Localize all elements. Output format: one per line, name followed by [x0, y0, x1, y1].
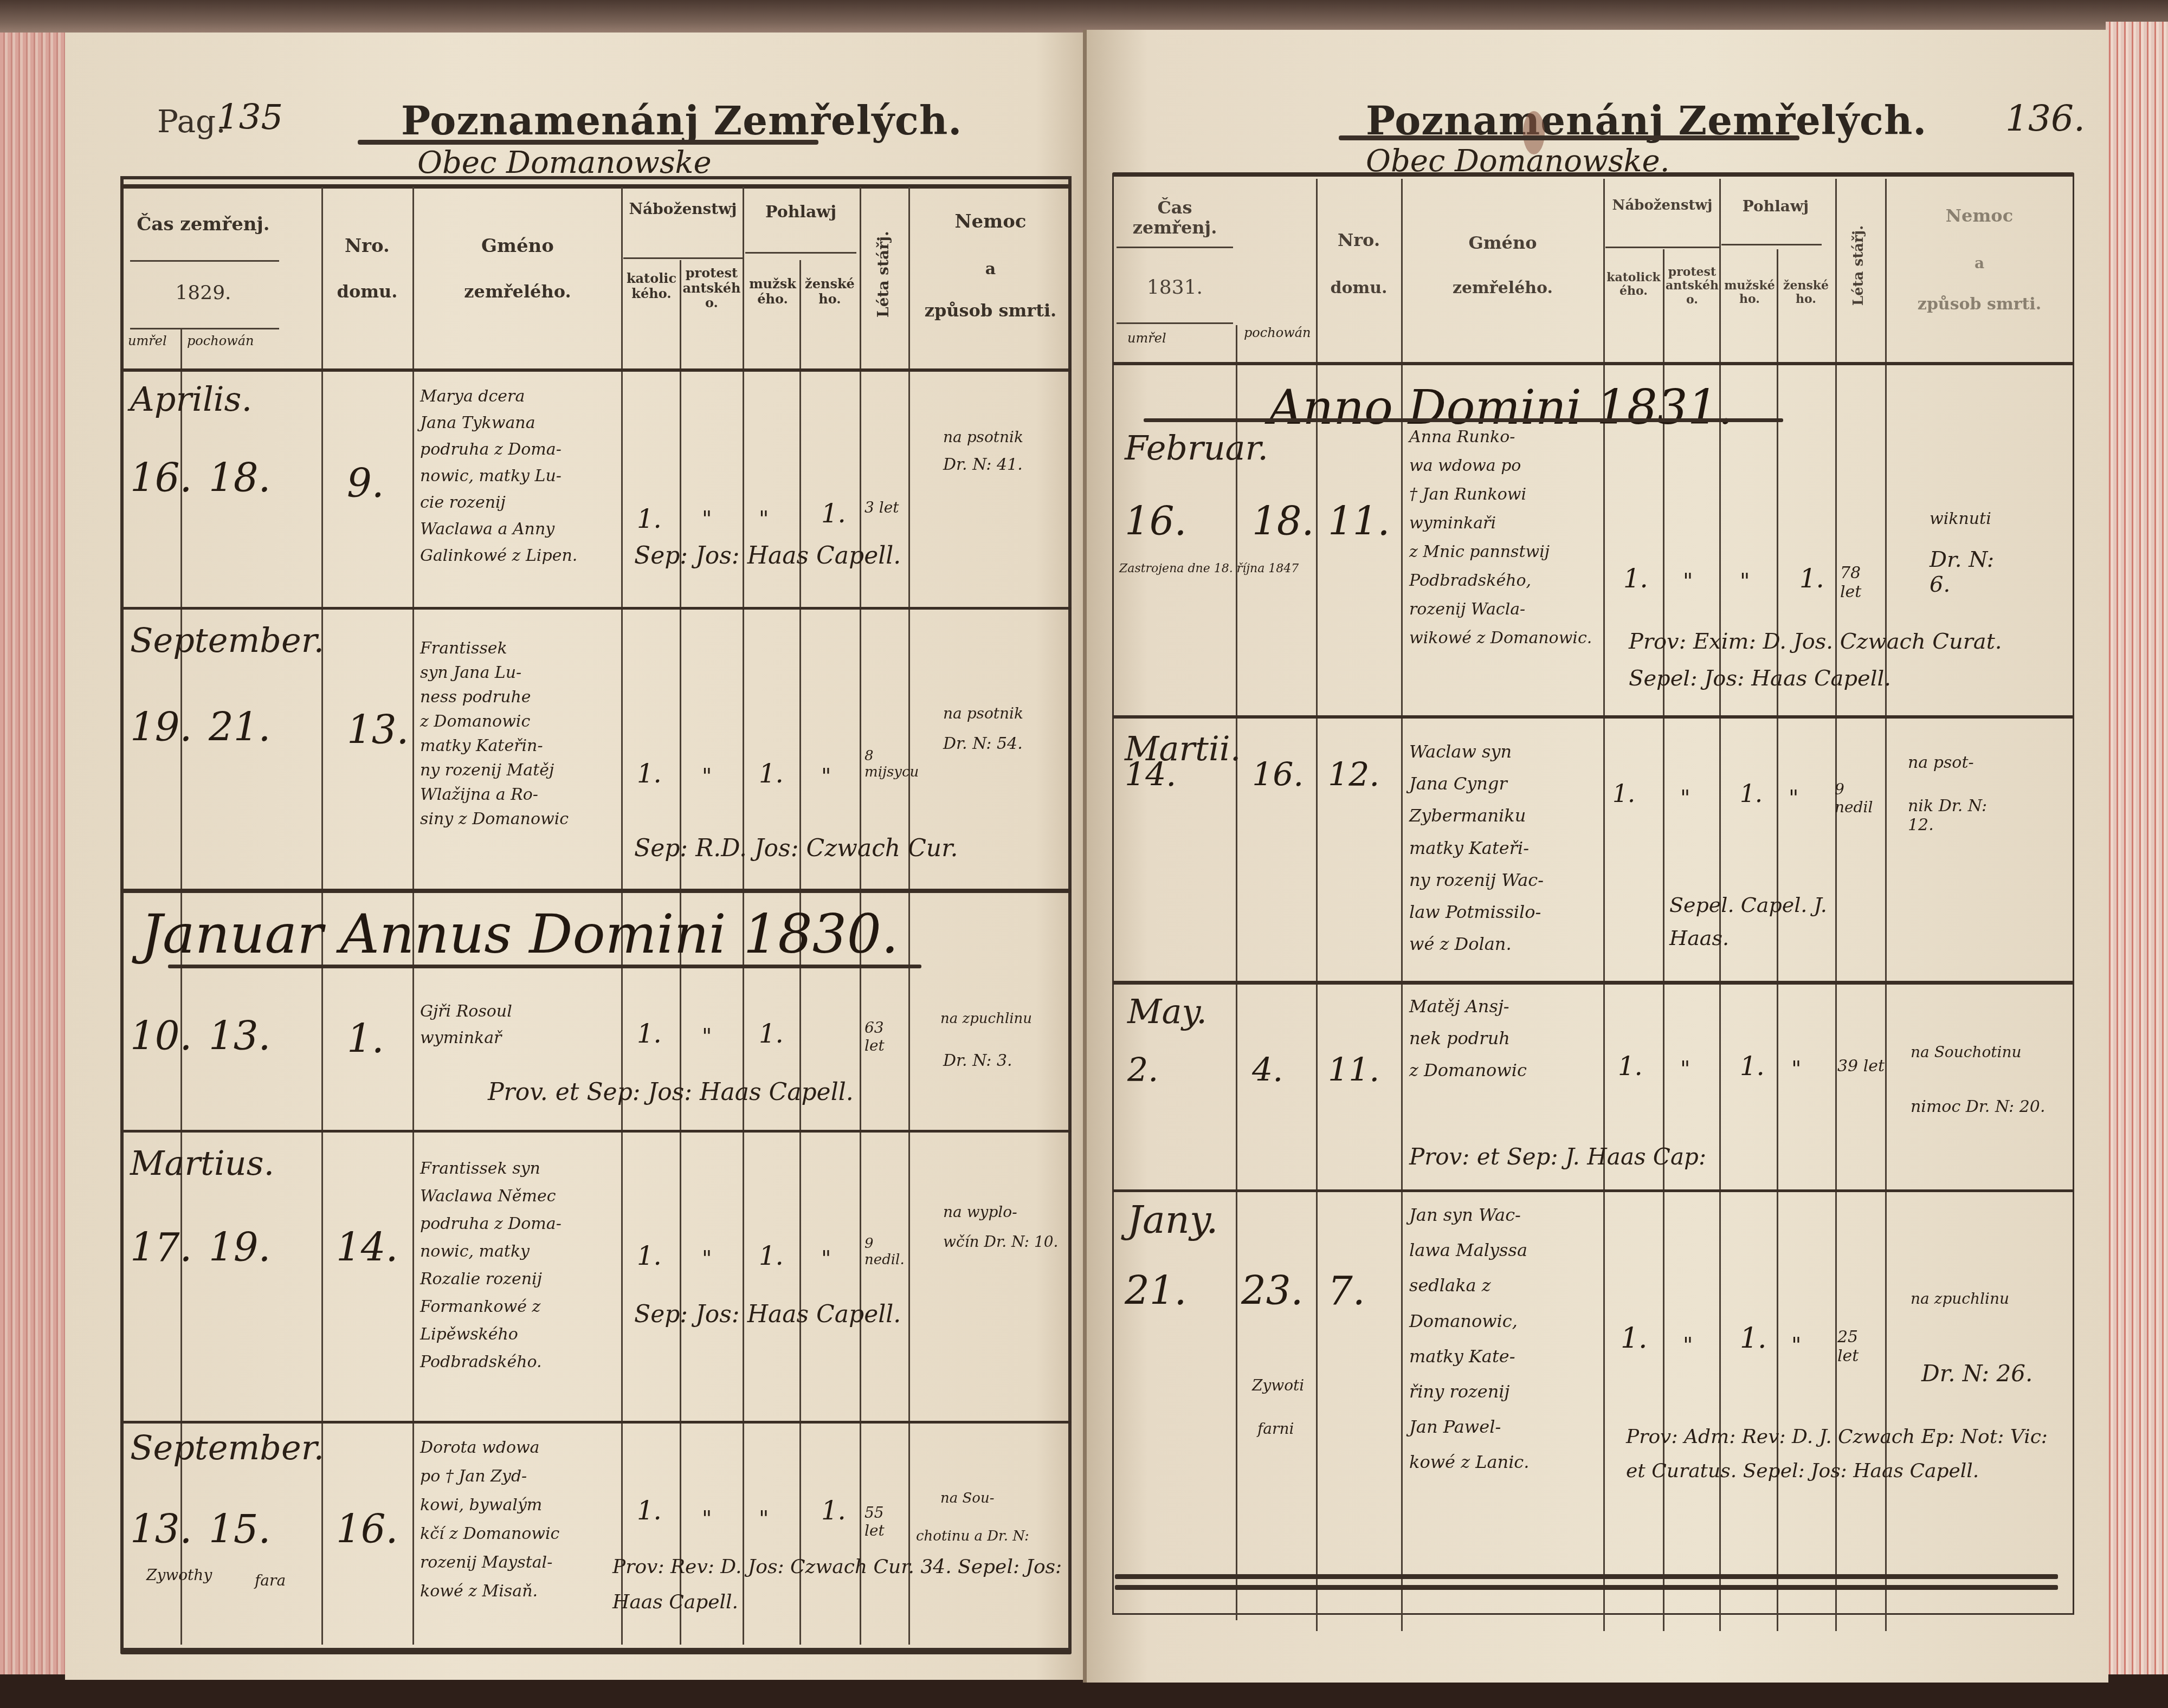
entry-catholic: 1.: [637, 1241, 662, 1271]
entry-death-day: 21.: [1125, 1268, 1187, 1314]
header-religion: Náboženstwj: [1605, 198, 1719, 214]
header-bottom-rule: [1112, 362, 2074, 365]
entry-burial-day: 21.: [209, 704, 271, 750]
entry-disease: na psotnik: [943, 428, 1023, 446]
entry-death-day: 13.: [130, 1506, 192, 1552]
entry-age: 39 let: [1837, 1057, 1886, 1076]
entry-death-note: Zywoti: [1252, 1376, 1304, 1394]
header-died: umřel: [1127, 331, 1166, 346]
entry-month: Martius.: [130, 1143, 274, 1183]
entry-burial-day: 15.: [209, 1506, 271, 1552]
header-name-deceased: zemřelého.: [417, 282, 618, 302]
header-rule: [1117, 322, 1233, 324]
entry-death-day: 17.: [130, 1225, 192, 1270]
entry-death-day: 19.: [130, 704, 192, 750]
page-edges-right: [2106, 22, 2168, 1707]
entry-female: ": [821, 1246, 831, 1271]
entry-burial-day: 18.: [1252, 499, 1314, 544]
col-divider: [1885, 179, 1887, 1631]
title-rule: [358, 140, 818, 145]
entry-burial-note: fara: [255, 1571, 286, 1589]
entry-female: ": [1789, 786, 1798, 811]
header-protestant: protestantského.: [1665, 266, 1719, 307]
entry-catholic: 1.: [1612, 780, 1635, 808]
row-divider: [1112, 715, 2074, 719]
entry-death-day: 14.: [1125, 756, 1176, 794]
entry-age: 9 nedil.: [864, 1235, 908, 1268]
entry-house-number: 14.: [336, 1225, 398, 1270]
entry-disease-ref: Dr. N: 6.: [1930, 547, 2000, 597]
header-died: umřel: [128, 333, 167, 348]
page-label: Pag.: [157, 103, 226, 140]
entry-month: May.: [1127, 992, 1207, 1031]
entry-male: ": [759, 1506, 769, 1531]
entry-month: Februar.: [1125, 428, 1268, 468]
entry-disease: na zpuchlinu: [940, 1011, 1032, 1027]
entry-signature: Prov: Adm: Rev: D. J. Czwach Ep: Not: Vi…: [1626, 1420, 2070, 1488]
entry-male: 1.: [1740, 1051, 1765, 1082]
entry-disease: na Souchotinu: [1911, 1043, 2068, 1061]
entry-male: ": [1740, 569, 1750, 594]
entry-name: Jan syn Wac-lawa Malyssasedlaka zDomanow…: [1409, 1206, 1602, 1472]
entry-age: 78 let: [1840, 564, 1883, 601]
entry-death-note: Zywothy: [146, 1566, 212, 1584]
entry-death-day: 2.: [1127, 1051, 1158, 1089]
header-sex: Pohlawj: [1721, 198, 1830, 215]
entry-disease-ref: nik Dr. N: 12.: [1908, 797, 2016, 834]
entry-disease: na wyplo-: [943, 1203, 1017, 1221]
entry-month: Aprilis.: [130, 379, 252, 419]
entry-male: 1.: [1740, 780, 1763, 808]
entry-protestant: ": [702, 507, 712, 532]
entry-catholic: 1.: [637, 504, 662, 534]
entry-month: September.: [130, 620, 324, 660]
entry-female: 1.: [821, 499, 846, 529]
entry-female: ": [1791, 1333, 1801, 1358]
header-bottom-rule: [120, 368, 1072, 372]
entry-death-day: 16.: [1125, 499, 1187, 544]
header-male: mužského.: [747, 276, 798, 306]
header-female: ženského.: [1779, 279, 1833, 307]
entry-female: 1.: [821, 1496, 846, 1526]
header-catholic: katolického.: [1605, 271, 1662, 299]
header-religion: Náboženstwj: [623, 200, 743, 218]
header-house-label: domu.: [1318, 279, 1399, 298]
entry-protestant: ": [1683, 569, 1693, 594]
entry-age: 55 let: [864, 1504, 908, 1539]
entry-disease: na Sou-: [940, 1490, 995, 1506]
header-rule: [1117, 247, 1233, 248]
entry-house-number: 16.: [336, 1506, 398, 1552]
entry-signature: Prov: Rev: D. Jos: Czwach Cur. 34. Sepel…: [612, 1550, 1068, 1620]
entry-death-day: 10.: [130, 1013, 192, 1059]
entry-month: Jany.: [1127, 1198, 1218, 1242]
entry-female: ": [1791, 1057, 1801, 1082]
header-age: Léta stářj.: [1851, 219, 1867, 312]
page-title-left: Poznamenánj Zemřelých.: [401, 98, 962, 144]
entry-protestant: ": [702, 764, 712, 789]
entry-male: 1.: [759, 759, 784, 789]
header-rule: [130, 328, 279, 329]
entry-protestant: ": [702, 1246, 712, 1271]
entry-name: Frantissek synWaclawa Němecpodruha z Dom…: [420, 1160, 618, 1371]
entry-disease: na zpuchlinu: [1911, 1290, 2068, 1308]
entry-house-number: 7.: [1328, 1268, 1365, 1314]
entry-catholic: 1.: [1621, 1322, 1648, 1355]
entry-house-number: 11.: [1328, 499, 1390, 544]
entry-month: September.: [130, 1428, 324, 1467]
entry-male: 1.: [759, 1241, 784, 1271]
row-divider: [1112, 1189, 2074, 1192]
header-manner-of-death: způsob smrti.: [911, 301, 1070, 321]
entry-signature: Prov. et Sep: Jos: Haas Capell.: [488, 1078, 854, 1106]
entry-name: Marya dceraJana Tykwanapodruha z Doma-no…: [420, 387, 618, 565]
entry-catholic: 1.: [637, 759, 662, 789]
entry-house-number: 12.: [1328, 756, 1379, 794]
header-protestant: protestantského.: [682, 266, 741, 310]
entry-age: 25 let: [1837, 1328, 1881, 1366]
entry-disease-ref: nimoc Dr. N: 20.: [1911, 1089, 2068, 1125]
entry-name: Dorota wdowapo † Jan Zyd-kowi, bywalýmkč…: [420, 1439, 618, 1600]
entry-house-number: 13.: [347, 707, 409, 753]
title-rule: [1339, 135, 1799, 140]
closing-rule: [1115, 1585, 2058, 1590]
header-male: mužského.: [1724, 279, 1776, 307]
row-divider: [120, 607, 1072, 610]
header-age: Léta stářj.: [875, 225, 892, 323]
entry-catholic: 1.: [1623, 564, 1648, 594]
entry-house-number: 1.: [347, 1016, 384, 1062]
entry-protestant: ": [1680, 1057, 1690, 1082]
entry-name: Gjři Rosoulwyminkař: [420, 1002, 618, 1047]
entry-protestant: ": [1683, 1333, 1693, 1358]
header-house-no: Nro.: [325, 236, 409, 257]
header-catholic: katolického.: [623, 271, 680, 301]
header-name-deceased: zemřelého.: [1404, 279, 1602, 298]
entry-disease-ref: chotinu a Dr. N:: [916, 1528, 1029, 1544]
page-edges-left: [0, 33, 66, 1680]
entry-burial-day: 18.: [209, 455, 271, 501]
col-divider: [1835, 179, 1837, 1631]
entry-catholic: 1.: [637, 1496, 662, 1526]
entry-signature: Sep: Jos: Haas Capell.: [634, 542, 901, 570]
row-divider: [120, 1130, 1072, 1133]
closing-rule: [1115, 1574, 2058, 1579]
col-divider: [908, 187, 910, 1645]
table-bottom-rule: [120, 1650, 1072, 1654]
entry-disease: wiknuti: [1930, 509, 1991, 528]
table-top-rule: [1112, 172, 2074, 177]
entry-catholic: 1.: [637, 1019, 662, 1049]
header-sex: Pohlawj: [745, 203, 856, 222]
entry-burial-day: 19.: [209, 1225, 271, 1270]
entry-name: Waclaw synJana CyngrZybermanikumatky Kat…: [1409, 742, 1602, 954]
entry-burial-day: 16.: [1252, 756, 1304, 794]
header-and: a: [1887, 255, 2072, 272]
entry-age: 3 let: [864, 499, 908, 516]
entry-disease-ref: wčín Dr. N: 10.: [943, 1233, 1068, 1251]
page-number-left: 135: [217, 98, 283, 138]
header-year: 1829.: [130, 282, 276, 304]
entry-burial-day: 23.: [1241, 1268, 1304, 1314]
row-divider: [120, 889, 1072, 893]
entry-age: 63 let: [864, 1019, 908, 1054]
header-manner-of-death: způsob smrti.: [1887, 295, 2072, 314]
entry-disease-ref: Dr. N: 41.: [943, 455, 1023, 474]
entry-name: Frantisseksyn Jana Lu-ness podruhez Doma…: [420, 639, 618, 828]
entry-name: Anna Runko-wa wdowa po† Jan Runkowiwymin…: [1409, 428, 1602, 647]
entry-male: ": [759, 507, 769, 532]
page-number-right: 136.: [2005, 98, 2085, 139]
year-banner-1830: Januar Annus Domini 1830.: [141, 902, 899, 966]
header-name: Gméno: [417, 236, 618, 257]
table-top-rule: [120, 184, 1072, 189]
header-house-label: domu.: [325, 282, 409, 302]
entry-margin-note: Zastrojena dne 18. října 1847: [1119, 558, 1325, 580]
entry-signature: Sep: R.D. Jos: Czwach Cur.: [634, 834, 958, 862]
header-rule: [1721, 244, 1822, 245]
entry-house-number: 11.: [1328, 1051, 1379, 1089]
header-female: ženského.: [802, 276, 857, 306]
header-disease: Nemoc: [1887, 206, 2072, 226]
entry-age: 8 mijsycu: [864, 748, 908, 780]
entry-disease: na psot-: [1908, 753, 1974, 772]
header-and: a: [911, 260, 1070, 279]
entry-house-number: 9.: [347, 461, 384, 506]
entry-female: ": [821, 764, 831, 789]
header-disease: Nemoc: [911, 211, 1070, 232]
entry-protestant: ": [702, 1506, 712, 1531]
header-rule: [623, 257, 743, 259]
entry-disease-ref: Dr. N: 3.: [943, 1051, 1012, 1070]
entry-male: 1.: [759, 1019, 784, 1049]
entry-burial-day: 4.: [1252, 1051, 1283, 1089]
entry-disease: na psotnik: [943, 704, 1023, 722]
entry-catholic: 1.: [1618, 1051, 1643, 1082]
header-year: 1831.: [1117, 276, 1233, 299]
entry-signature: Sepel. Capel. J. Haas.: [1669, 889, 1832, 955]
entry-signature: Prov: Exim: D. Jos. Czwach Curat. Sepel:…: [1629, 623, 2073, 697]
entry-death-day: 16.: [130, 455, 192, 501]
entry-disease-ref: Dr. N: 26.: [1921, 1360, 2073, 1387]
col-divider: [1236, 325, 1237, 1620]
year-banner-underline: [1144, 418, 1783, 422]
header-rule: [1605, 247, 1719, 248]
entry-disease-ref: Dr. N: 54.: [943, 734, 1023, 753]
entry-burial-note: farni: [1257, 1420, 1294, 1438]
row-divider: [120, 1421, 1072, 1424]
header-name: Gméno: [1404, 233, 1602, 253]
header-rule: [130, 260, 279, 262]
parish-name-left: Obec Domanowske: [417, 145, 712, 180]
entry-name: Matěj Ansj-nek podruhz Domanowic: [1409, 997, 1602, 1081]
header-buried: pochowán: [1244, 325, 1311, 340]
header-buried: pochowán: [187, 333, 254, 348]
header-house-no: Nro.: [1318, 230, 1399, 250]
entry-age: 9 nedil: [1835, 780, 1883, 816]
header-rule: [745, 252, 856, 254]
year-banner-1831: Anno Domini 1831.: [1268, 379, 1733, 435]
entry-signature: Prov: et Sep: J. Haas Cap:: [1409, 1143, 1706, 1170]
header-time-of-death: Čas zemřenj.: [1117, 198, 1233, 238]
entry-female: 1.: [1799, 564, 1824, 594]
header-time-of-death: Čas zemřenj.: [130, 214, 276, 235]
row-divider: [1112, 981, 2074, 985]
entry-male: 1.: [1740, 1322, 1767, 1355]
entry-protestant: ": [702, 1024, 712, 1049]
entry-protestant: ": [1680, 786, 1690, 811]
entry-signature: Sep: Jos: Haas Capell.: [634, 1301, 901, 1328]
entry-burial-day: 13.: [209, 1013, 271, 1059]
